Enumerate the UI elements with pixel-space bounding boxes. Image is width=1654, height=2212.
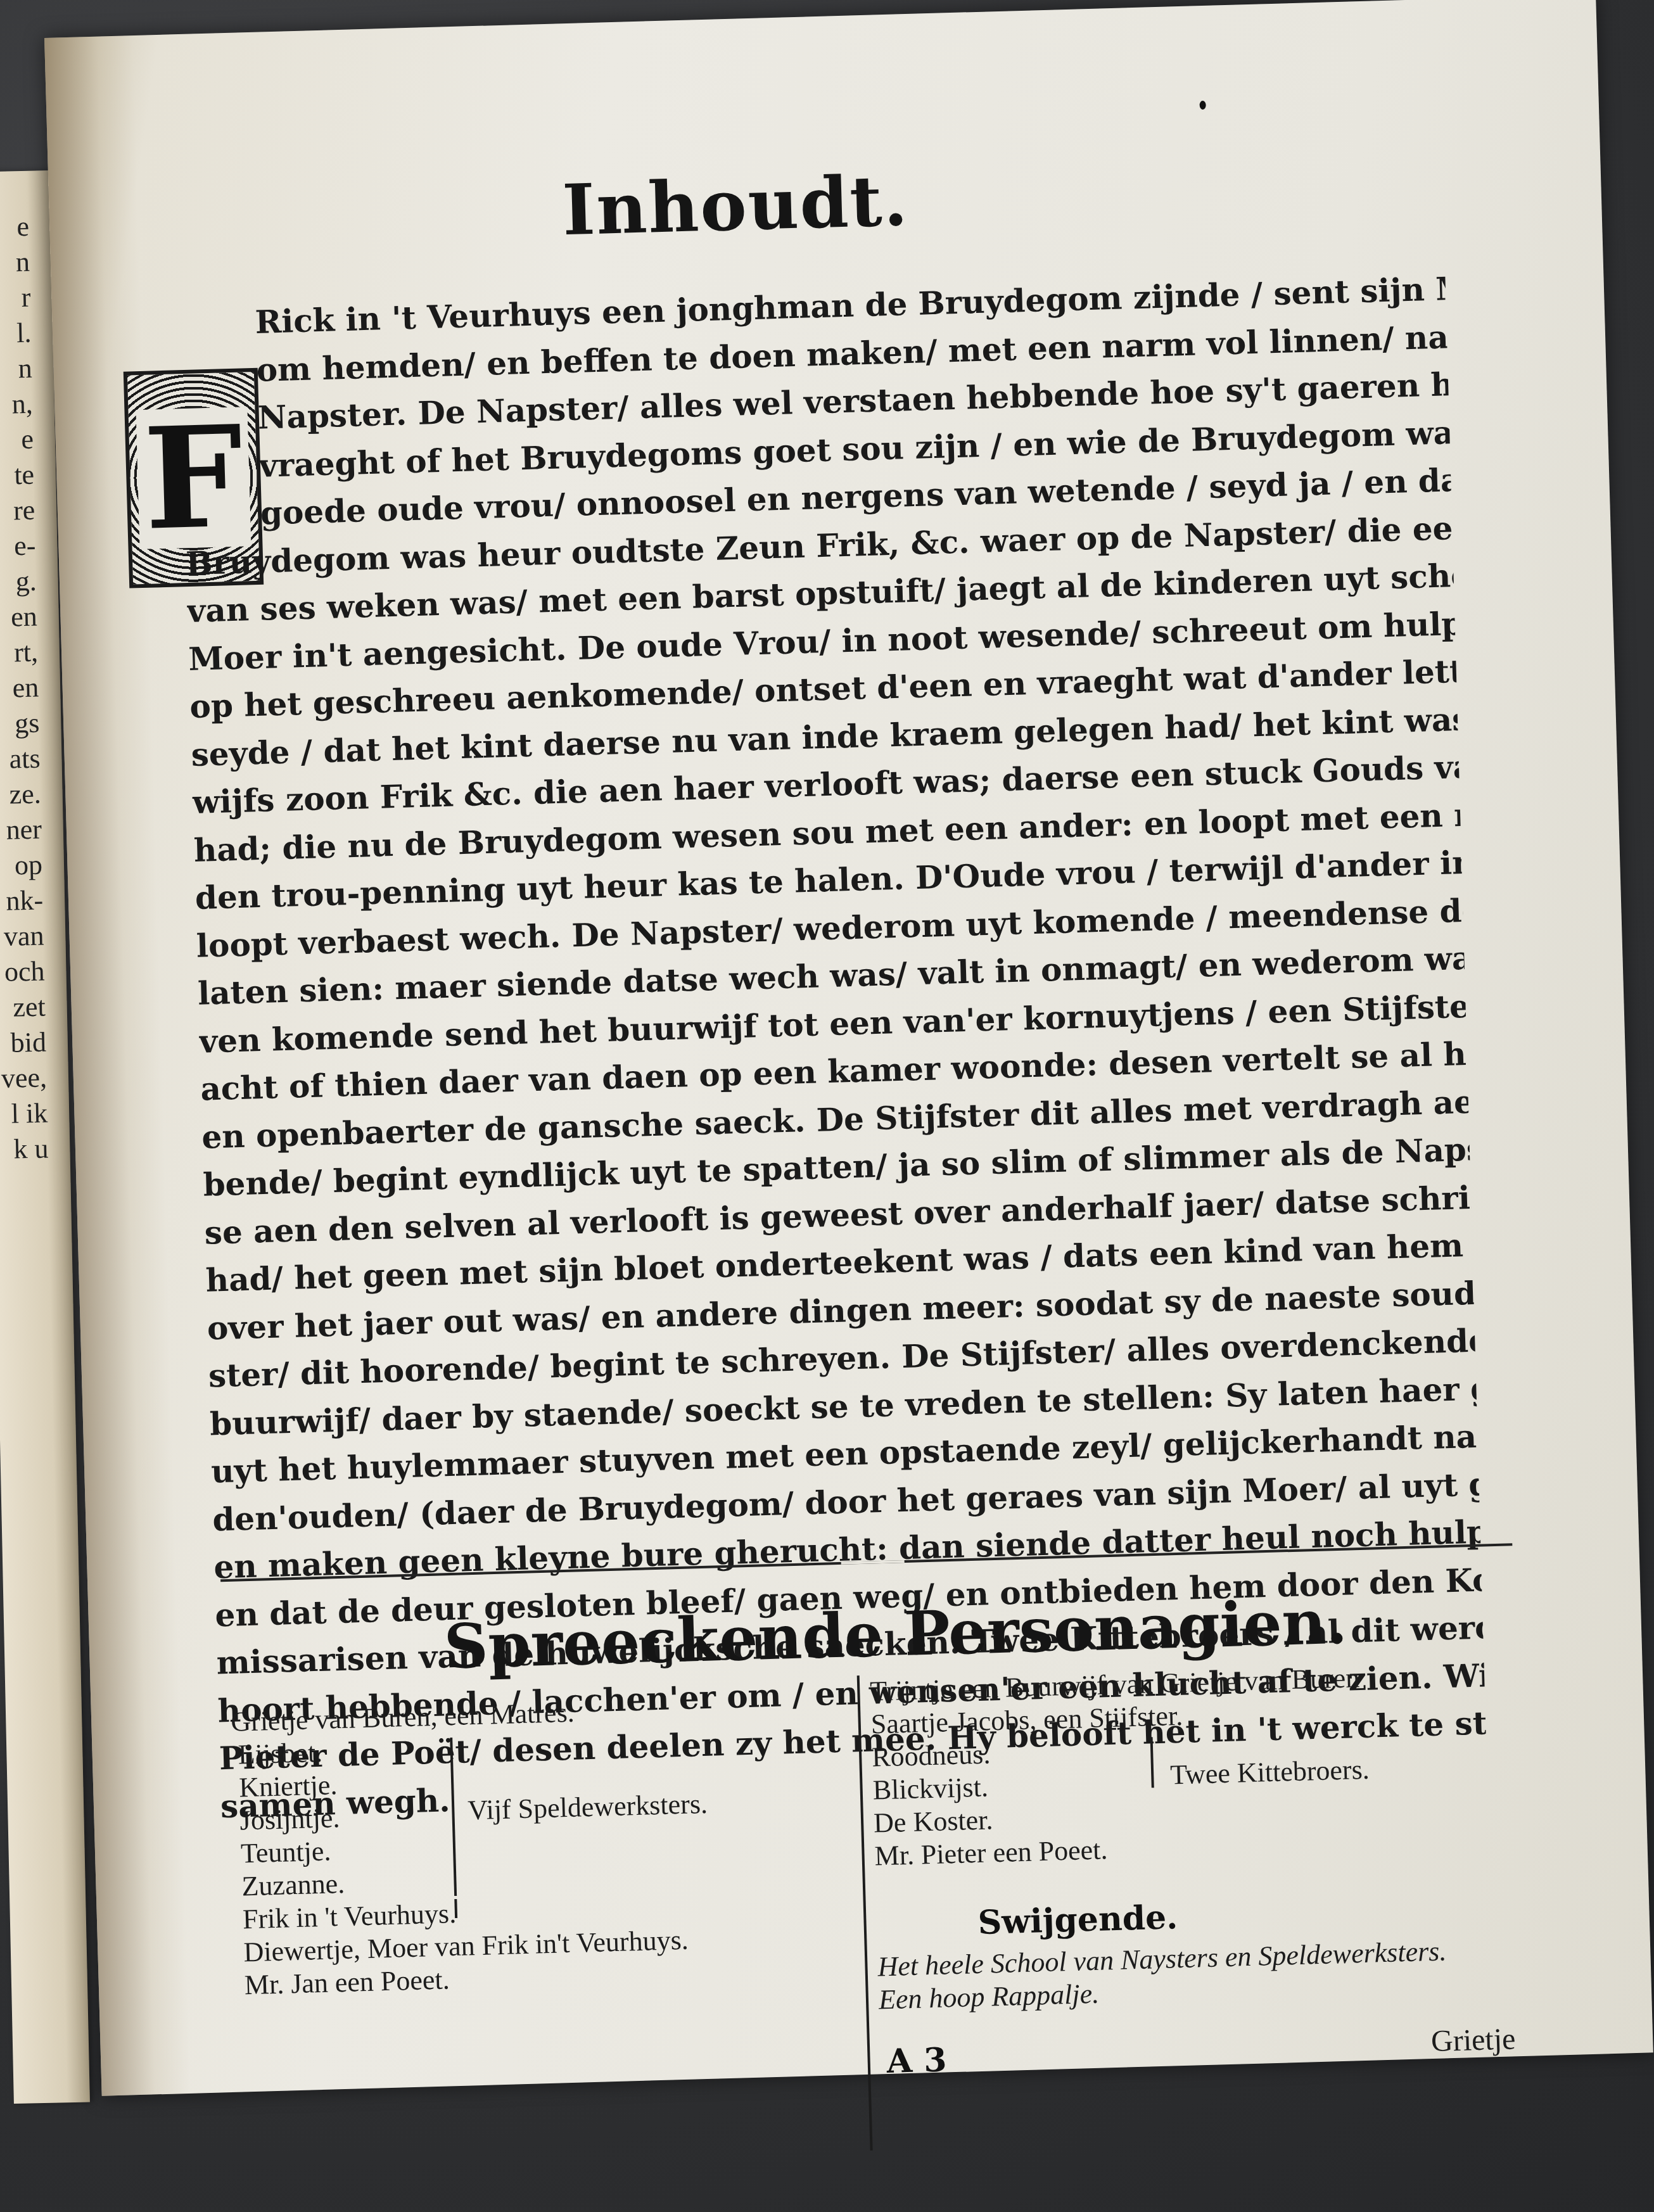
group-label: Vijf Speldewerksters. — [468, 1788, 708, 1827]
ink-spot — [1199, 101, 1206, 110]
group-label: Twee Kittebroers. — [1170, 1753, 1370, 1791]
signature-mark: A 3 — [886, 2040, 947, 2081]
book-page: Inhoudt. F Rick in 't Veurhuys een jongh… — [44, 0, 1653, 2096]
cast-list-left: Grietje van Buren, een Matres. Lijsbet. … — [231, 1693, 690, 2002]
page-title: Inhoudt. — [561, 160, 910, 251]
facing-page-text: e n r l. n n, e te re e- g. en rt, en gs… — [0, 209, 49, 1167]
group-bracket — [454, 1899, 457, 1918]
silent-list: Het heele School van Naysters en Speldew… — [877, 1935, 1448, 2016]
silent-heading: Swijgende. — [977, 1898, 1178, 1942]
catchword: Grietje — [1430, 2021, 1516, 2059]
